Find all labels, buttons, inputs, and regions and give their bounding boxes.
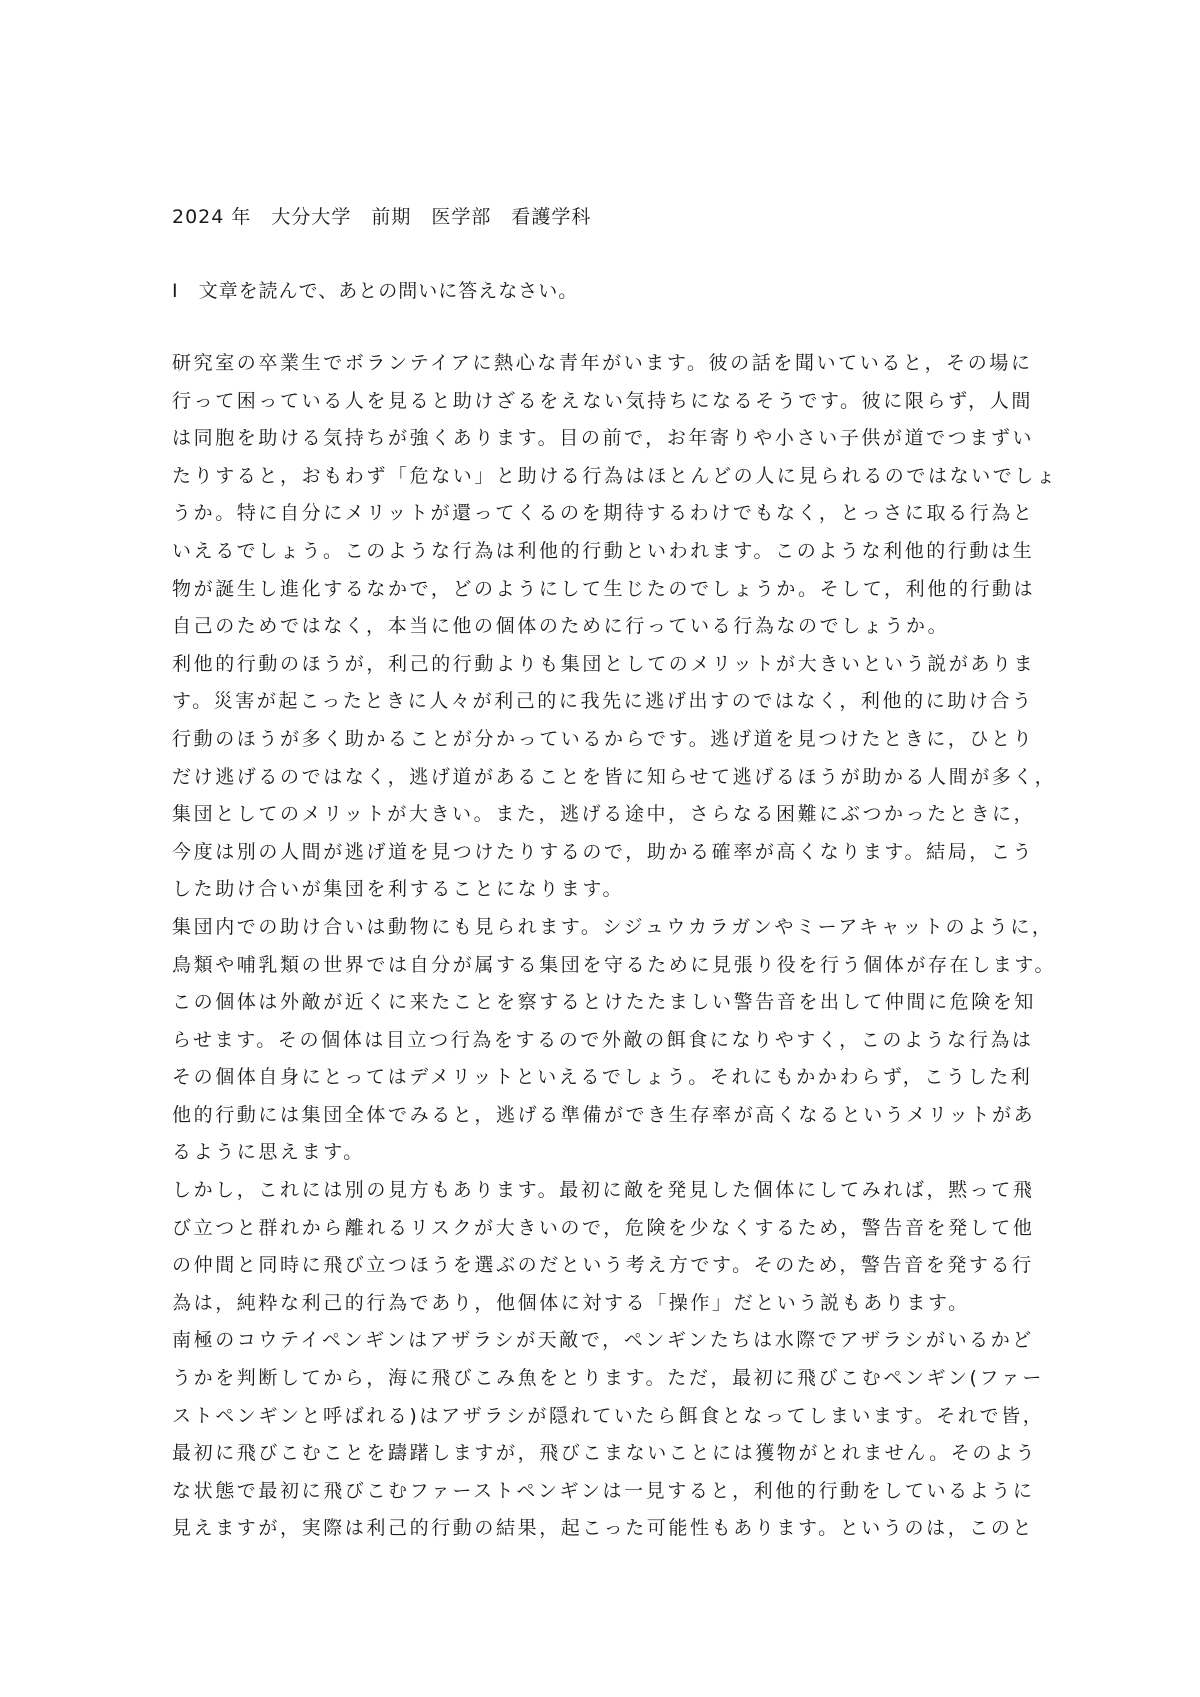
passage-line: 研究室の卒業生でボランテイアに熱心な青年がいます。彼の話を聞いていると，その場に (172, 345, 1052, 383)
passage-line: 最初に飛びこむことを躊躇しますが，飛びこまないことには獲物がとれません。そのよう (172, 1435, 1052, 1473)
passage-line: 南極のコウテイペンギンはアザラシが天敵で，ペンギンたちは水際でアザラシがいるかど (172, 1322, 1052, 1360)
passage-line: 集団内での助け合いは動物にも見られます。シジュウカラガンやミーアキャットのように… (172, 909, 1052, 947)
passage-line: な状態で最初に飛びこむファーストペンギンは一見すると，利他的行動をしているように (172, 1473, 1052, 1511)
passage-line: うか。特に自分にメリットが還ってくるのを期待するわけでもなく，とっさに取る行為と (172, 495, 1052, 533)
question-instruction: I 文章を読んで、あとの問いに答えなさい。 (172, 276, 578, 303)
passage-line: 他的行動には集団全体でみると，逃げる準備ができ生存率が高くなるというメリットがあ (172, 1097, 1052, 1135)
passage-line: 自己のためではなく，本当に他の個体のために行っている行為なのでしょうか。 (172, 608, 1052, 646)
passage-line: 今度は別の人間が逃げ道を見つけたりするので，助かる確率が高くなります。結局，こう (172, 834, 1052, 872)
passage-line: るように思えます。 (172, 1134, 1052, 1172)
passage-line: 行動のほうが多く助かることが分かっているからです。逃げ道を見つけたときに，ひとり (172, 721, 1052, 759)
passage-line: うかを判断してから，海に飛びこみ魚をとります。ただ，最初に飛びこむペンギン(ファ… (172, 1360, 1052, 1398)
passage-line: ストペンギンと呼ばれる)はアザラシが隠れていたら餌食となってしまいます。それで皆… (172, 1398, 1052, 1436)
passage-line: その個体自身にとってはデメリットといえるでしょう。それにもかかわらず，こうした利 (172, 1059, 1052, 1097)
passage-line: は同胞を助ける気持ちが強くあります。目の前で，お年寄りや小さい子供が道でつまずい (172, 420, 1052, 458)
passage-line: す。災害が起こったときに人々が利己的に我先に逃げ出すのではなく，利他的に助け合う (172, 683, 1052, 721)
passage-line: の仲間と同時に飛び立つほうを選ぶのだという考え方です。そのため，警告音を発する行 (172, 1247, 1052, 1285)
passage-line: らせます。その個体は目立つ行為をするので外敵の餌食になりやすく，このような行為は (172, 1022, 1052, 1060)
passage-line: 為は，純粋な利己的行為であり，他個体に対する「操作」だという説もあります。 (172, 1285, 1052, 1323)
passage-line: び立つと群れから離れるリスクが大きいので，危険を少なくするため，警告音を発して他 (172, 1210, 1052, 1248)
passage-line: この個体は外敵が近くに来たことを察するとけたたましい警告音を出して仲間に危険を知 (172, 984, 1052, 1022)
passage-line: 鳥類や哺乳類の世界では自分が属する集団を守るために見張り役を行う個体が存在します… (172, 947, 1052, 985)
passage-line: 行って困っている人を見ると助けざるをえない気持ちになるそうです。彼に限らず，人間 (172, 383, 1052, 421)
exam-header: 2024 年 大分大学 前期 医学部 看護学科 (172, 202, 591, 229)
passage-line: だけ逃げるのではなく，逃げ道があることを皆に知らせて逃げるほうが助かる人間が多く… (172, 759, 1052, 797)
passage-line: いえるでしょう。このような行為は利他的行動といわれます。このような利他的行動は生 (172, 533, 1052, 571)
passage-line: 物が誕生し進化するなかで，どのようにして生じたのでしょうか。そして，利他的行動は (172, 571, 1052, 609)
document-page: 2024 年 大分大学 前期 医学部 看護学科 I 文章を読んで、あとの問いに答… (0, 0, 1200, 1697)
passage-line: 利他的行動のほうが，利己的行動よりも集団としてのメリットが大きいという説がありま (172, 646, 1052, 684)
passage-line: した助け合いが集団を利することになります。 (172, 871, 1052, 909)
passage-line: 見えますが，実際は利己的行動の結果，起こった可能性もあります。というのは，このと (172, 1510, 1052, 1548)
passage-line: 集団としてのメリットが大きい。また，逃げる途中，さらなる困難にぶつかったときに， (172, 796, 1052, 834)
passage-line: たりすると，おもわず「危ない」と助ける行為はほとんどの人に見られるのではないでし… (172, 458, 1052, 496)
passage-line: しかし，これには別の見方もあります。最初に敵を発見した個体にしてみれば，黙って飛 (172, 1172, 1052, 1210)
passage-body: 研究室の卒業生でボランテイアに熱心な青年がいます。彼の話を聞いていると，その場に… (172, 345, 1052, 1548)
